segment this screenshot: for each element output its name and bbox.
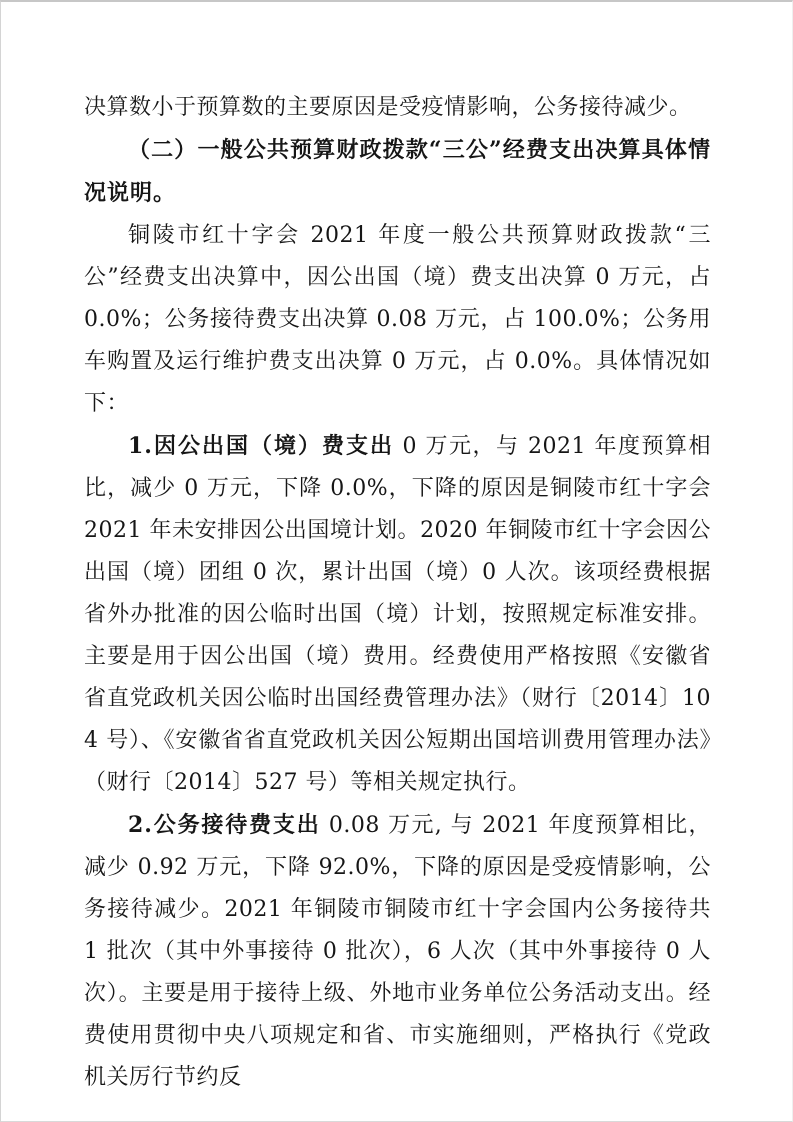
paragraph: 1.因公出国（境）费支出 0 万元，与 2021 年度预算相比，减少 0 万元，… [84, 425, 711, 804]
text-segment: 决算数小于预算数的主要原因是受疫情影响，公务接待减少。 [84, 95, 692, 120]
paragraph: （二）一般公共预算财政拨款“三公”经费支出决算具体情况说明。 [84, 129, 711, 215]
paragraph: 铜陵市红十字会 2021 年度一般公共预算财政拨款“三公”经费支出决算中，因公出… [84, 215, 711, 425]
text-segment: 0.08 万元, 与 2021 年度预算相比，减少 0.92 万元，下降 92.… [84, 813, 711, 1090]
document-body: 决算数小于预算数的主要原因是受疫情影响，公务接待减少。（二）一般公共预算财政拨款… [84, 87, 711, 1099]
text-segment: 铜陵市红十字会 2021 年度一般公共预算财政拨款“三公”经费支出决算中，因公出… [84, 223, 711, 416]
paragraph: 2.公务接待费支出 0.08 万元, 与 2021 年度预算相比，减少 0.92… [84, 804, 711, 1099]
text-segment: 0 万元，与 2021 年度预算相比，减少 0 万元，下降 0.0%，下降的原因… [84, 434, 711, 795]
bold-text-segment: （二）一般公共预算财政拨款“三公”经费支出决算具体情况说明。 [84, 137, 711, 206]
document-page: 决算数小于预算数的主要原因是受疫情影响，公务接待减少。（二）一般公共预算财政拨款… [0, 0, 793, 1122]
paragraph: 决算数小于预算数的主要原因是受疫情影响，公务接待减少。 [84, 87, 711, 129]
bold-text-segment: 1.因公出国（境）费支出 [128, 433, 394, 459]
bold-text-segment: 2.公务接待费支出 [128, 812, 321, 838]
